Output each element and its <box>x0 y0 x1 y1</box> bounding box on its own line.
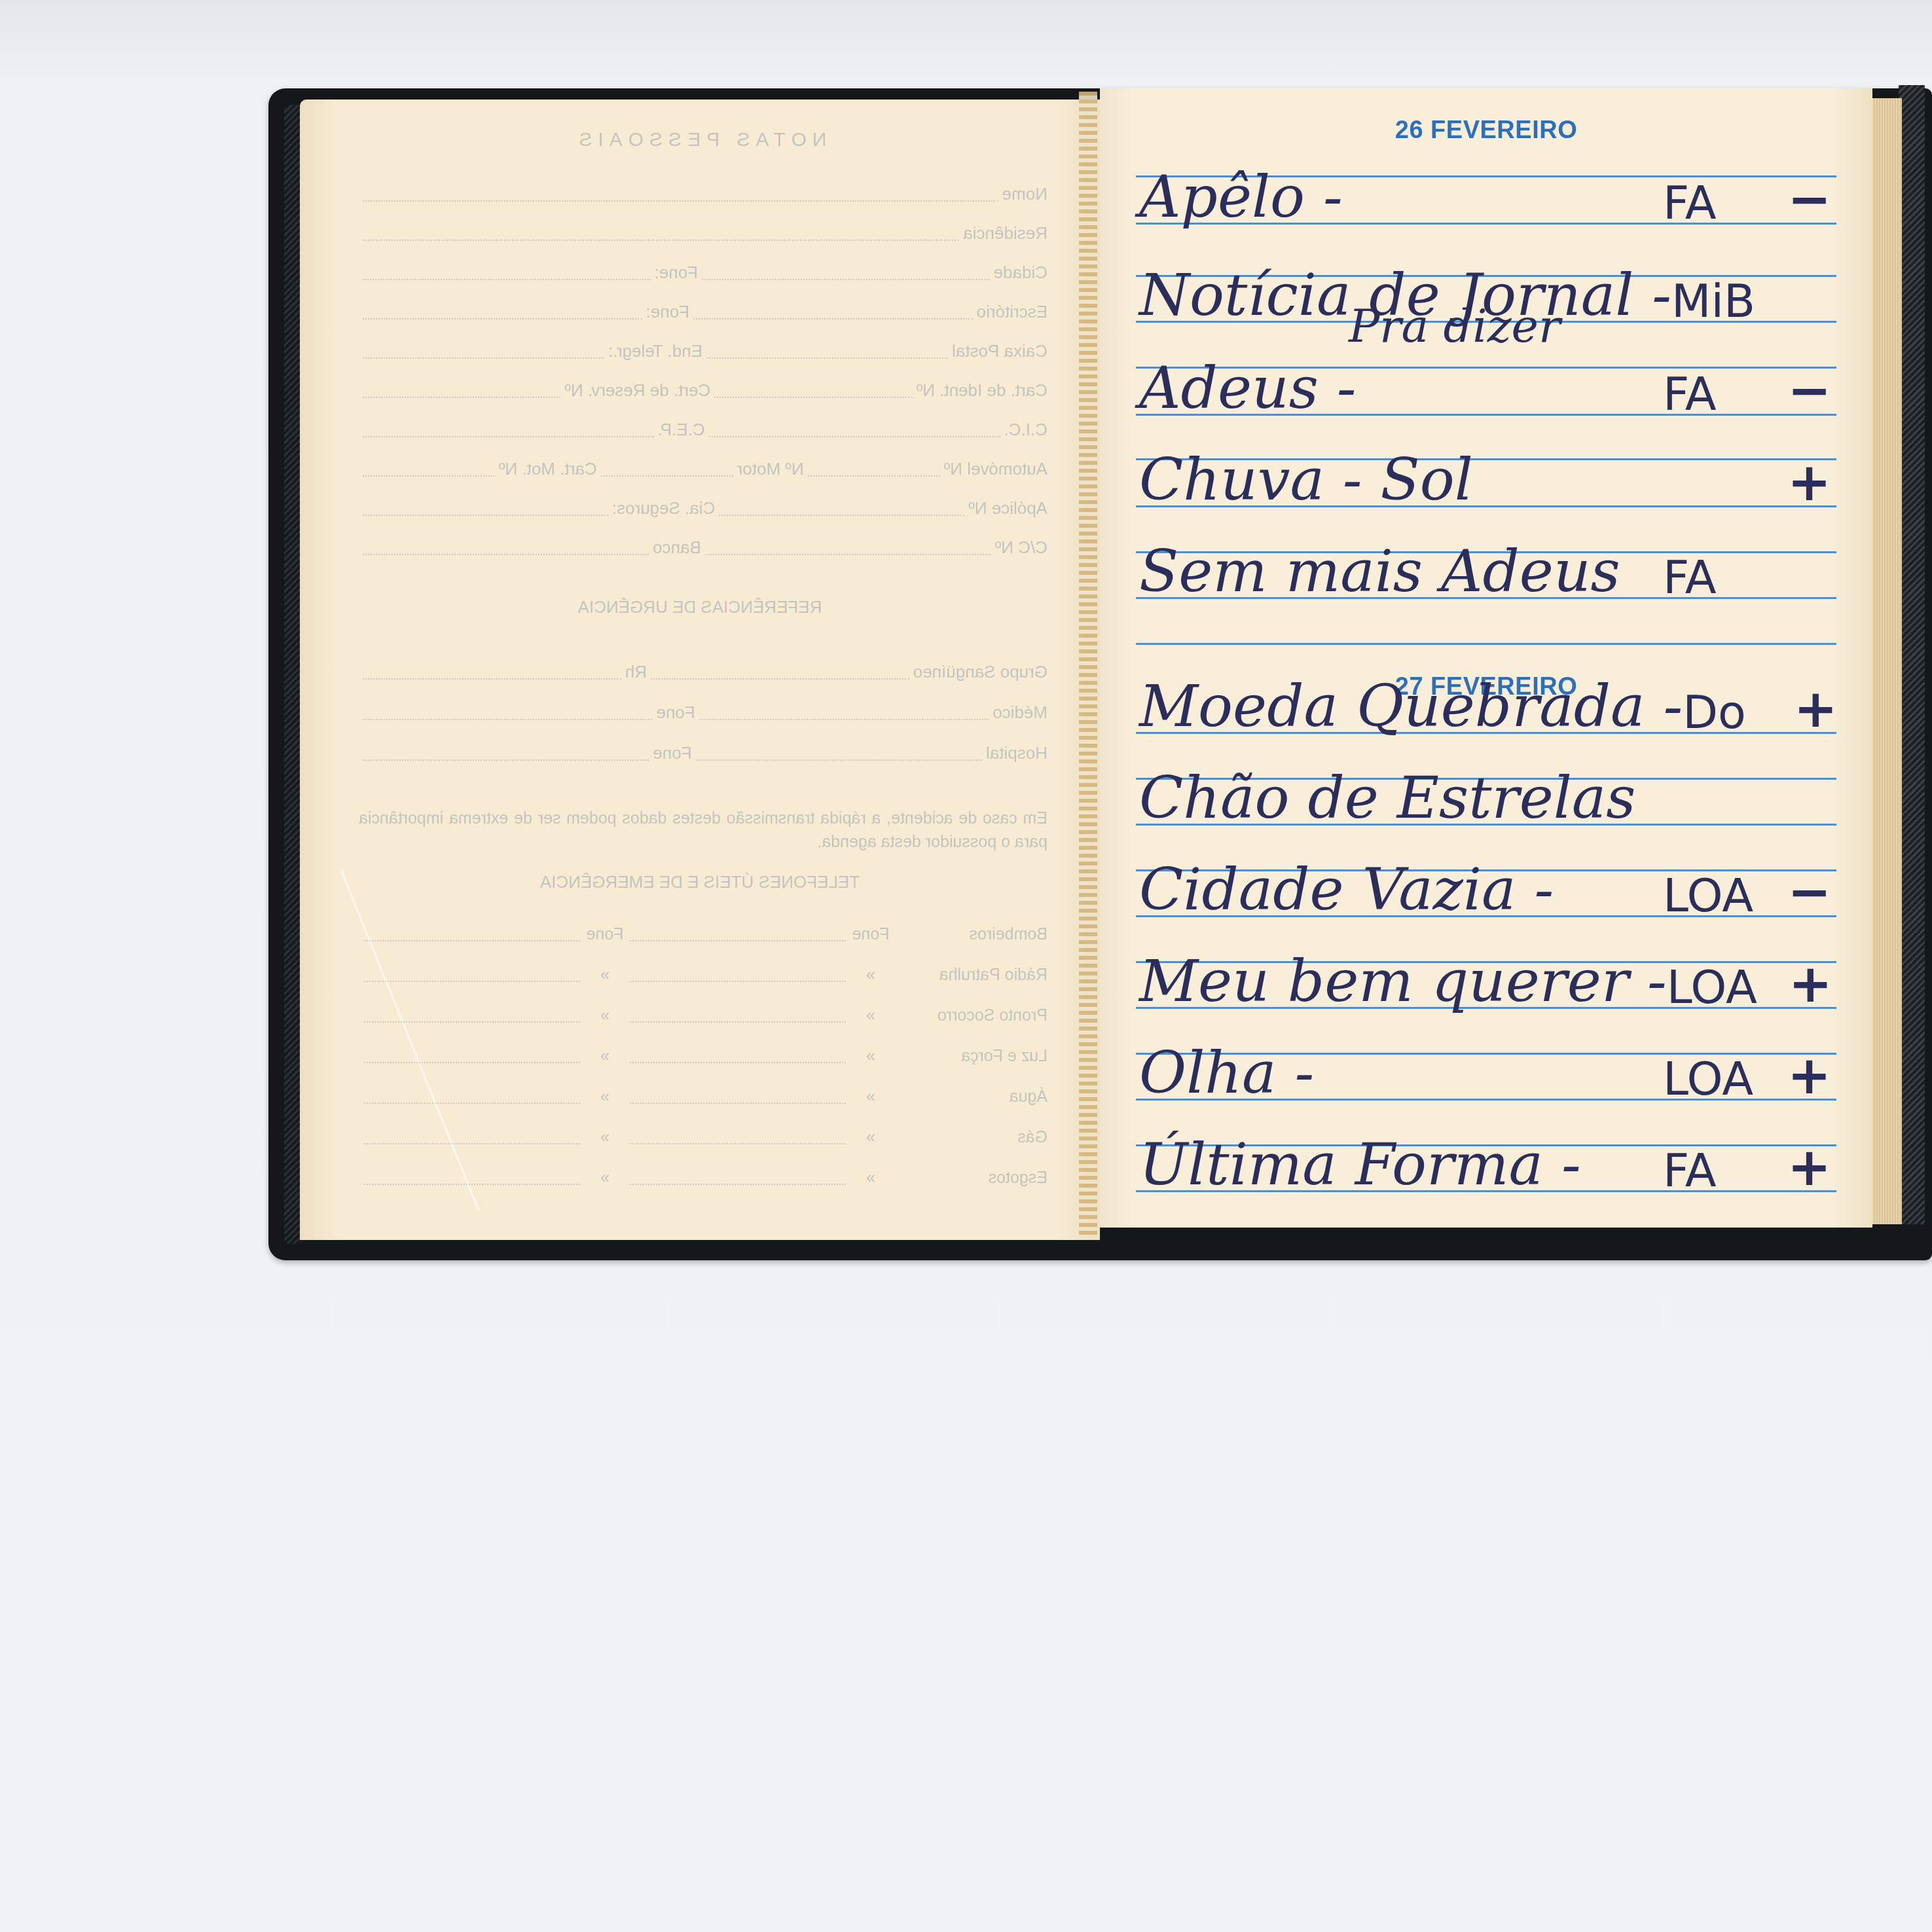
field-label: Nome <box>1002 184 1048 204</box>
personal-field-row: C/C NºBanco <box>359 532 1048 558</box>
field-line <box>693 318 973 319</box>
song-tag: LOA <box>1663 1056 1787 1102</box>
song-tag: FA <box>1663 371 1787 417</box>
minus-mark-icon: − <box>1787 866 1846 919</box>
fone-label: Fone <box>585 925 625 944</box>
field-label: C/C Nº <box>995 538 1048 558</box>
phone-row: Esgotos»» <box>359 1161 1048 1188</box>
song-tag: LOA <box>1667 964 1789 1010</box>
field-line <box>719 515 964 516</box>
service-label: Gás <box>890 1128 1048 1147</box>
field-line <box>651 678 909 680</box>
service-label: Esgotos <box>890 1169 1048 1188</box>
field-label: Residência <box>963 223 1048 244</box>
song-tag: LOA <box>1663 873 1787 919</box>
field-line <box>363 436 654 437</box>
field-line <box>630 1062 846 1063</box>
urgency-field-row: Grupo SangüíneoRh <box>359 656 1048 682</box>
field-line <box>696 759 982 761</box>
song-entry: Apêlo -FA− <box>1139 147 1846 226</box>
personal-field-row: Caixa PostalEnd. Telegr.: <box>359 335 1048 361</box>
field-label: Cert. de Reserv. Nº <box>564 380 710 401</box>
field-line <box>630 1143 846 1144</box>
song-entry: Moeda Quebrada -Do+ <box>1139 657 1846 735</box>
urgency-note: Em caso de acidente, a rápida transmissã… <box>359 807 1048 854</box>
phone-row: Pronto Socorro»» <box>359 999 1048 1025</box>
field-label: Médico <box>993 702 1048 723</box>
field-line <box>363 719 652 720</box>
song-entry: Cidade Vazia -LOA− <box>1139 840 1846 919</box>
field-line <box>630 981 846 982</box>
fone-label: » <box>585 1169 625 1188</box>
song-entry: Última Forma -FA+ <box>1139 1115 1846 1194</box>
field-label: Cart. de Ident. Nº <box>917 380 1048 401</box>
plus-mark-icon: + <box>1787 456 1846 509</box>
song-title: Cidade Vazia - <box>1139 861 1663 919</box>
song-entry: Olha -LOA+ <box>1139 1023 1846 1102</box>
cover-edge-right <box>1899 85 1925 1224</box>
field-label: Caixa Postal <box>952 341 1048 361</box>
field-label: Fone <box>653 743 691 763</box>
field-label: Hospital <box>986 743 1048 763</box>
field-line <box>630 1103 846 1104</box>
song-tag: FA <box>1663 555 1787 600</box>
plus-mark-icon: + <box>1787 1141 1846 1194</box>
fone-label: » <box>851 1006 890 1025</box>
field-line <box>363 554 649 555</box>
song-entry: Chão de Estrelas <box>1139 748 1846 827</box>
minus-mark-icon: − <box>1787 365 1846 417</box>
fone-label: » <box>585 1047 625 1066</box>
field-line <box>630 1184 846 1185</box>
field-line <box>364 981 580 982</box>
personal-field-row: CidadeFone: <box>359 257 1048 283</box>
field-line <box>363 200 998 202</box>
song-entry: Chuva - Sol+ <box>1139 430 1846 509</box>
urgency-field-row: MédicoFone <box>359 697 1048 723</box>
field-line <box>363 318 642 319</box>
field-line <box>363 475 495 477</box>
fone-label: » <box>851 1169 890 1188</box>
song-tag: Do <box>1683 689 1794 735</box>
field-line <box>709 436 1000 437</box>
phone-row: Rádio Patrulha»» <box>359 958 1048 985</box>
fone-label: » <box>851 1087 890 1106</box>
fone-label: » <box>585 1128 625 1147</box>
field-line <box>364 1021 580 1023</box>
field-label: Cidade <box>994 263 1048 283</box>
urgency-title: REFERÊNCIAS DE URGÊNCIA <box>300 597 1100 617</box>
personal-notes-title: NOTAS PESSOAIS <box>300 129 1100 151</box>
personal-field-row: Cart. de Ident. NºCert. de Reserv. Nº <box>359 374 1048 401</box>
field-label: End. Telegr.: <box>608 341 702 361</box>
phone-row: Luz e Força»» <box>359 1040 1048 1066</box>
field-line <box>363 678 621 680</box>
personal-field-row: Apólice NºCia. Seguros: <box>359 492 1048 519</box>
left-page-show-through: NOTAS PESSOAIS NomeResidênciaCidadeFone:… <box>300 100 1100 1240</box>
service-label: Luz e Força <box>890 1047 1048 1066</box>
field-line <box>363 515 608 516</box>
field-line <box>630 1021 846 1023</box>
field-line <box>364 1184 580 1185</box>
song-tag: MiB <box>1671 278 1790 324</box>
field-line <box>364 1062 580 1063</box>
song-entry: Sem mais AdeusFA <box>1139 522 1846 600</box>
song-title: Última Forma - <box>1139 1136 1663 1194</box>
field-label: Cia. Seguros: <box>612 498 716 519</box>
personal-field-row: EscritórioFone: <box>359 296 1048 322</box>
personal-field-row: Automóvel NºNº MotorCart. Mot. Nº <box>359 453 1048 479</box>
phones-title: TELEFONES ÚTEIS E DE EMERGÊNCIA <box>300 872 1100 892</box>
field-line <box>364 1143 580 1144</box>
field-label: C.I.C. <box>1004 420 1048 440</box>
fone-label: » <box>585 1006 625 1025</box>
field-label: Apólice Nº <box>968 498 1048 519</box>
service-label: Pronto Socorro <box>890 1006 1048 1025</box>
song-title: Moeda Quebrada - <box>1139 678 1683 735</box>
service-label: Bombeiros <box>890 925 1048 944</box>
song-annotation: Pra dizer <box>1349 299 1561 353</box>
field-line <box>363 279 651 280</box>
plus-mark-icon: + <box>1787 1049 1846 1102</box>
plus-mark-icon: + <box>1794 683 1846 735</box>
field-label: Grupo Sangüíneo <box>913 662 1048 682</box>
song-title: Chuva - Sol <box>1139 451 1663 509</box>
field-line <box>364 1103 580 1104</box>
fone-label: » <box>851 1047 890 1066</box>
song-tag: FA <box>1663 1148 1787 1194</box>
phone-row: BombeirosFoneFone <box>359 918 1048 944</box>
song-title: Meu bem querer - <box>1139 953 1667 1010</box>
field-line <box>363 759 649 761</box>
page-block-edge <box>1872 98 1902 1224</box>
song-title: Chão de Estrelas <box>1139 769 1663 827</box>
fone-label: » <box>851 966 890 985</box>
field-line <box>699 719 989 720</box>
fone-label: » <box>585 966 625 985</box>
date-header-26: 26 FEVEREIRO <box>1100 117 1872 145</box>
song-title: Sem mais Adeus <box>1139 543 1663 600</box>
field-label: Nº Motor <box>737 459 804 479</box>
ruled-line <box>1136 643 1836 645</box>
minus-mark-icon: − <box>1787 173 1846 226</box>
song-title: Adeus - <box>1139 359 1663 417</box>
field-label: Automóvel Nº <box>944 459 1048 479</box>
field-line <box>364 940 580 941</box>
song-title: Apêlo - <box>1139 168 1663 226</box>
service-label: Água <box>890 1087 1048 1106</box>
field-line <box>808 475 940 477</box>
personal-field-row: Nome <box>359 178 1048 204</box>
field-line <box>363 240 959 241</box>
field-label: Fone: <box>655 263 699 283</box>
service-label: Rádio Patrulha <box>890 966 1048 985</box>
phone-row: Água»» <box>359 1080 1048 1106</box>
field-label: Fone: <box>646 302 690 322</box>
personal-field-row: Residência <box>359 217 1048 244</box>
phone-row: Gás»» <box>359 1121 1048 1147</box>
field-label: Cart. Mot. Nº <box>499 459 597 479</box>
field-label: C.E.P. <box>658 420 705 440</box>
field-label: Rh <box>625 662 647 682</box>
urgency-field-row: HospitalFone <box>359 737 1048 763</box>
field-line <box>601 475 733 477</box>
field-line <box>363 357 604 359</box>
field-line <box>706 357 948 359</box>
field-line <box>363 397 560 398</box>
field-label: Fone <box>656 702 695 723</box>
field-label: Banco <box>653 538 701 558</box>
fone-label: Fone <box>851 925 890 944</box>
song-title: Olha - <box>1139 1044 1663 1102</box>
field-label: Escritório <box>977 302 1048 322</box>
song-tag: FA <box>1663 180 1787 226</box>
field-line <box>630 940 846 941</box>
fone-label: » <box>851 1128 890 1147</box>
song-entry: Meu bem querer -LOA+ <box>1139 932 1846 1010</box>
field-line <box>705 554 991 555</box>
fone-label: » <box>585 1087 625 1106</box>
plus-mark-icon: + <box>1789 958 1846 1010</box>
binding-gutter <box>1079 92 1097 1237</box>
field-line <box>714 397 912 398</box>
personal-field-row: C.I.C.C.E.P. <box>359 414 1048 440</box>
field-line <box>702 279 990 280</box>
